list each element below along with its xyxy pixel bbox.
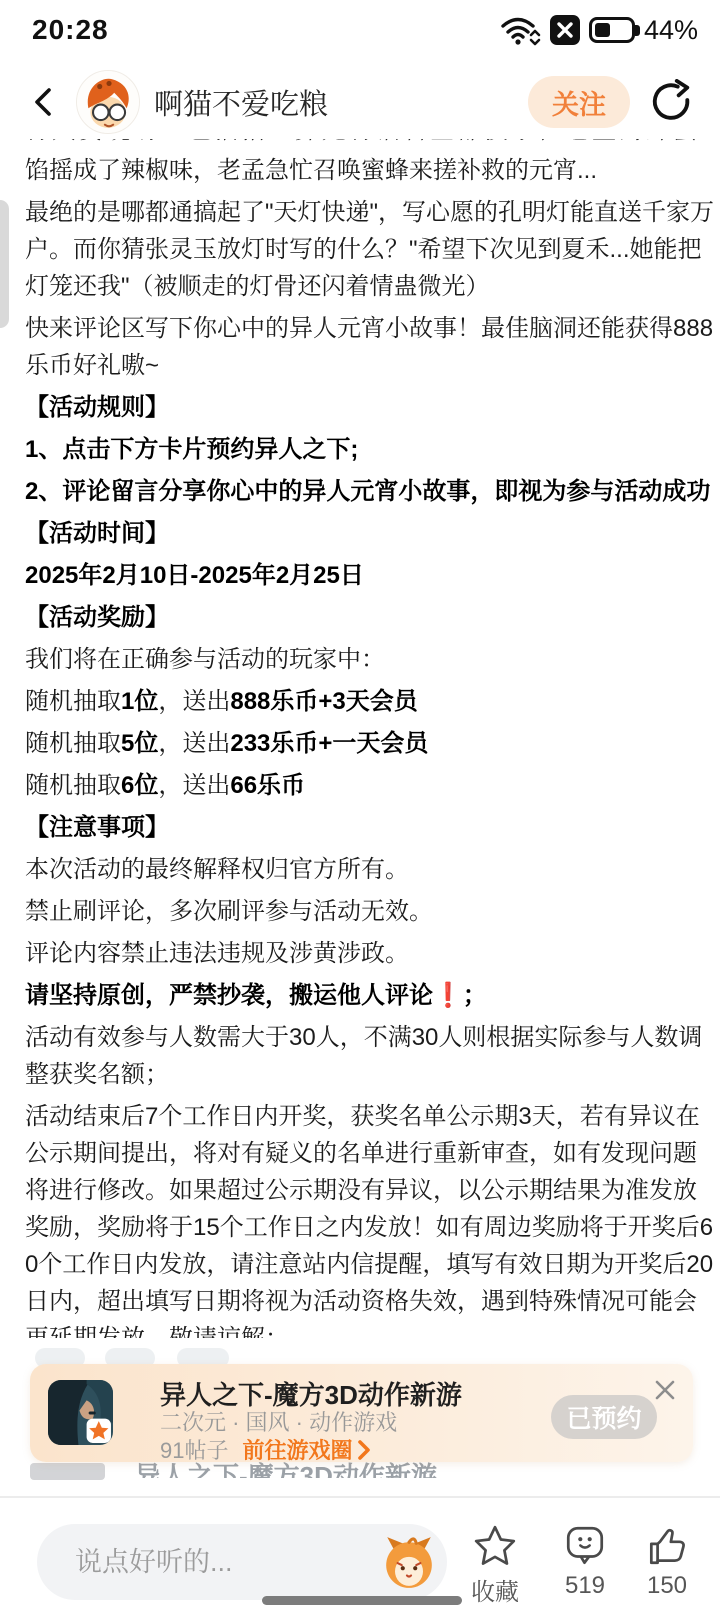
chevron-right-icon [357, 1440, 371, 1460]
favorite-label: 收藏 [471, 1572, 519, 1607]
post-paragraph: 随机抽取6位，送出66乐币 [25, 767, 715, 804]
comments-count: 519 [565, 1572, 605, 1600]
mascot-emoji-icon [381, 1534, 437, 1590]
post-body: 馅摇成了辣椒味，老孟急忙召唤蜜蜂来搓补救的元宵...最绝的是哪都通搞起了"天灯快… [25, 152, 715, 1348]
app-bar: 啊猫不爱吃粮 关注 [0, 60, 720, 144]
favorite-button[interactable]: 收藏 [450, 1524, 540, 1607]
game-app-icon [48, 1380, 113, 1445]
go-to-game-circle-link[interactable]: 前往游戏圈 [242, 1434, 370, 1465]
author-username[interactable]: 啊猫不爱吃粮 [154, 82, 528, 123]
clipped-text-line: 宵大赛现场王也掐指一算元宵馅料全都换了位老孟的蜂蜜 [25, 139, 713, 150]
battery-icon [589, 17, 635, 43]
post-paragraph: 请坚持原创，严禁抄袭，搬运他人评论❗； [25, 977, 715, 1014]
game-tags: 二次元 · 国风 · 动作游戏 [160, 1406, 397, 1437]
comment-bubble-icon [562, 1524, 608, 1568]
author-avatar[interactable] [76, 70, 140, 134]
close-icon [651, 1376, 679, 1404]
comment-input[interactable] [73, 1546, 381, 1579]
post-paragraph: 【活动规则】 [25, 389, 715, 426]
post-paragraph: 1、点击下方卡片预约异人之下; [25, 431, 715, 468]
post-paragraph: 评论内容禁止违法违规及涉黄涉政。 [25, 935, 715, 972]
post-paragraph: 2、评论留言分享你心中的异人元宵小故事，即视为参与活动成功 [25, 473, 715, 510]
star-icon [472, 1524, 518, 1568]
post-paragraph: 随机抽取5位，送出233乐币+一天会员 [25, 725, 715, 762]
comment-input-pill[interactable] [37, 1524, 447, 1600]
post-paragraph: 2025年2月10日-2025年2月25日 [25, 557, 715, 594]
follow-button[interactable]: 关注 [528, 76, 630, 128]
ghost-card-thumbnail [30, 1463, 105, 1480]
emoji-avatar-button[interactable] [381, 1534, 437, 1590]
avatar-cartoon-icon [77, 71, 139, 133]
post-paragraph: 【活动奖励】 [25, 599, 715, 636]
thumbs-up-icon [644, 1524, 690, 1568]
post-paragraphs: 馅摇成了辣椒味，老孟急忙召唤蜜蜂来搓补救的元宵...最绝的是哪都通搞起了"天灯快… [25, 152, 715, 1348]
game-reservation-card[interactable]: 异人之下-魔方3D动作新游 二次元 · 国风 · 动作游戏 91帖子 前往游戏圈… [30, 1364, 693, 1462]
post-paragraph: 【活动时间】 [25, 515, 715, 552]
close-card-button[interactable] [651, 1376, 679, 1404]
post-paragraph: 我们将在正确参与活动的玩家中： [25, 641, 715, 678]
post-paragraph: 【注意事项】 [25, 809, 715, 846]
back-chevron-icon [29, 86, 59, 118]
back-button[interactable] [26, 84, 62, 120]
bottom-bar: 收藏 519 150 [0, 1496, 720, 1612]
post-paragraph: 禁止刷评论，多次刷评参与活动无效。 [25, 893, 715, 930]
battery-percent: 44% [644, 15, 698, 46]
edge-drag-handle[interactable] [0, 200, 9, 328]
card-overlay-zone: 异人之下-魔方3D动作新游 异人之下-魔方3D动作新游 二次元 · 国风 · 动… [0, 1338, 720, 1496]
post-paragraph: 馅摇成了辣椒味，老孟急忙召唤蜜蜂来搓补救的元宵... [25, 152, 715, 189]
comments-button[interactable]: 519 [540, 1524, 630, 1600]
share-forward-icon [648, 79, 694, 125]
post-paragraph: 本次活动的最终解释权归官方所有。 [25, 851, 715, 888]
share-button[interactable] [648, 79, 694, 125]
no-sim-icon [550, 15, 580, 45]
post-paragraph: 活动结束后7个工作日内开奖，获奖名单公示期3天，若有异议在公示期间提出，将对有疑… [25, 1098, 715, 1348]
post-paragraph: 最绝的是哪都通搞起了"天灯快递"，写心愿的孔明灯能直送千家万户。而你猜张灵玉放灯… [25, 194, 715, 305]
like-button[interactable]: 150 [622, 1524, 712, 1600]
wifi-icon [501, 14, 541, 46]
game-icon[interactable] [48, 1380, 113, 1445]
reserved-button[interactable]: 已预约 [551, 1395, 657, 1439]
status-bar: 20:28 44% [0, 0, 720, 60]
clock: 20:28 [32, 14, 109, 46]
game-posts-count: 91帖子 [160, 1434, 228, 1465]
post-paragraph: 随机抽取1位，送出888乐币+3天会员 [25, 683, 715, 720]
post-paragraph: 快来评论区写下你心中的异人元宵小故事！最佳脑洞还能获得888乐币好礼嗷~ [25, 310, 715, 384]
like-count: 150 [647, 1572, 687, 1600]
post-paragraph: 活动有效参与人数需大于30人，不满30人则根据实际参与人数调整获奖名额； [25, 1019, 715, 1093]
home-indicator[interactable] [262, 1596, 462, 1605]
